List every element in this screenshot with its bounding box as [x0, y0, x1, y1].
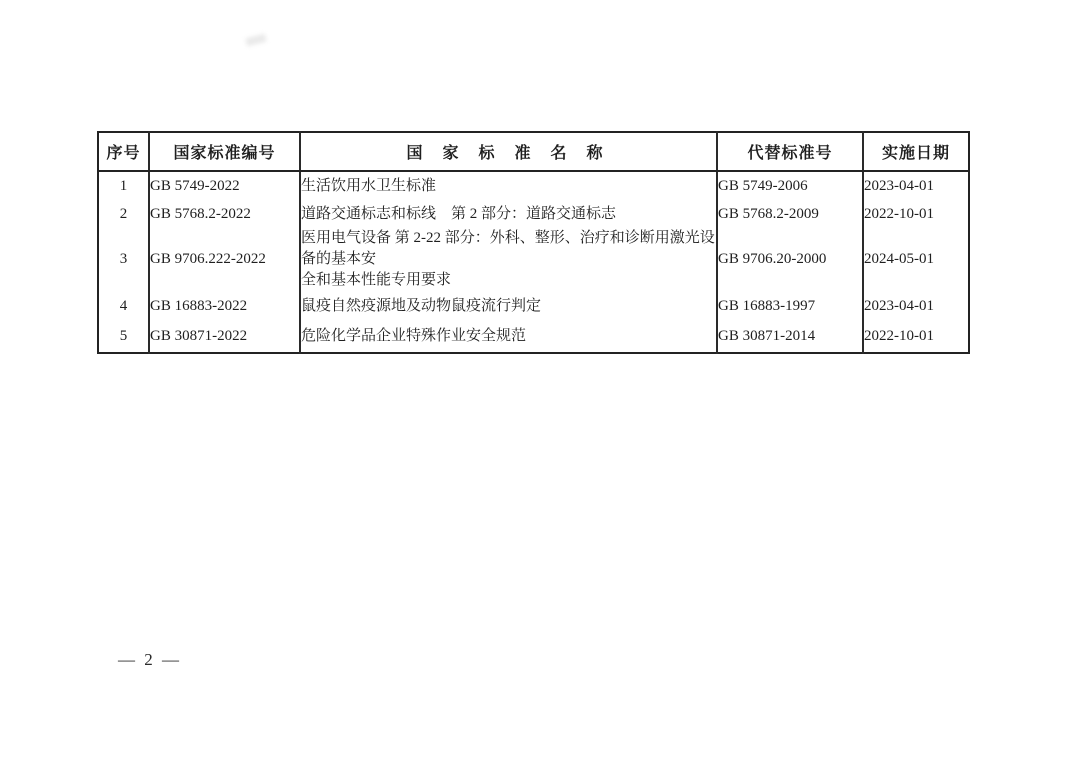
cell-standard-name: 生活饮用水卫生标准 — [300, 171, 717, 200]
cell-standard-name: 危险化学品企业特殊作业安全规范 — [300, 321, 717, 353]
cell-replaced-number: GB 5749-2006 — [717, 171, 863, 200]
cell-implementation-date: 2023-04-01 — [863, 171, 969, 200]
table-row: 3 GB 9706.222-2022 医用电气设备 第 2-22 部分：外科、整… — [98, 228, 969, 291]
header-implementation-date: 实施日期 — [863, 132, 969, 171]
header-standard-name: 国 家 标 准 名 称 — [300, 132, 717, 171]
cell-standard-number: GB 16883-2022 — [149, 291, 300, 321]
cell-implementation-date: 2023-04-01 — [863, 291, 969, 321]
cell-standard-number: GB 30871-2022 — [149, 321, 300, 353]
cell-implementation-date: 2024-05-01 — [863, 228, 969, 291]
cell-standard-number: GB 5749-2022 — [149, 171, 300, 200]
cell-standard-number: GB 5768.2-2022 — [149, 200, 300, 228]
cell-standard-number: GB 9706.222-2022 — [149, 228, 300, 291]
table-row: 1 GB 5749-2022 生活饮用水卫生标准 GB 5749-2006 20… — [98, 171, 969, 200]
cell-index: 5 — [98, 321, 149, 353]
cell-replaced-number: GB 5768.2-2009 — [717, 200, 863, 228]
cell-replaced-number: GB 16883-1997 — [717, 291, 863, 321]
standards-table: 序号 国家标准编号 国 家 标 准 名 称 代替标准号 实施日期 1 GB 57… — [97, 131, 970, 354]
table-row: 2 GB 5768.2-2022 道路交通标志和标线 第 2 部分：道路交通标志… — [98, 200, 969, 228]
table-row: 4 GB 16883-2022 鼠疫自然疫源地及动物鼠疫流行判定 GB 1688… — [98, 291, 969, 321]
cell-index: 4 — [98, 291, 149, 321]
table-header-row: 序号 国家标准编号 国 家 标 准 名 称 代替标准号 实施日期 — [98, 132, 969, 171]
scan-smudge — [245, 34, 266, 47]
document-page: 序号 国家标准编号 国 家 标 准 名 称 代替标准号 实施日期 1 GB 57… — [0, 0, 1080, 764]
header-replaced-number: 代替标准号 — [717, 132, 863, 171]
page-number: — 2 — — [118, 650, 179, 670]
cell-standard-name: 医用电气设备 第 2-22 部分：外科、整形、治疗和诊断用激光设备的基本安 全和… — [300, 228, 717, 291]
cell-index: 2 — [98, 200, 149, 228]
cell-standard-name: 鼠疫自然疫源地及动物鼠疫流行判定 — [300, 291, 717, 321]
header-index: 序号 — [98, 132, 149, 171]
cell-implementation-date: 2022-10-01 — [863, 321, 969, 353]
table-row: 5 GB 30871-2022 危险化学品企业特殊作业安全规范 GB 30871… — [98, 321, 969, 353]
cell-index: 1 — [98, 171, 149, 200]
cell-replaced-number: GB 30871-2014 — [717, 321, 863, 353]
cell-replaced-number: GB 9706.20-2000 — [717, 228, 863, 291]
cell-implementation-date: 2022-10-01 — [863, 200, 969, 228]
header-standard-number: 国家标准编号 — [149, 132, 300, 171]
cell-index: 3 — [98, 228, 149, 291]
cell-standard-name: 道路交通标志和标线 第 2 部分：道路交通标志 — [300, 200, 717, 228]
